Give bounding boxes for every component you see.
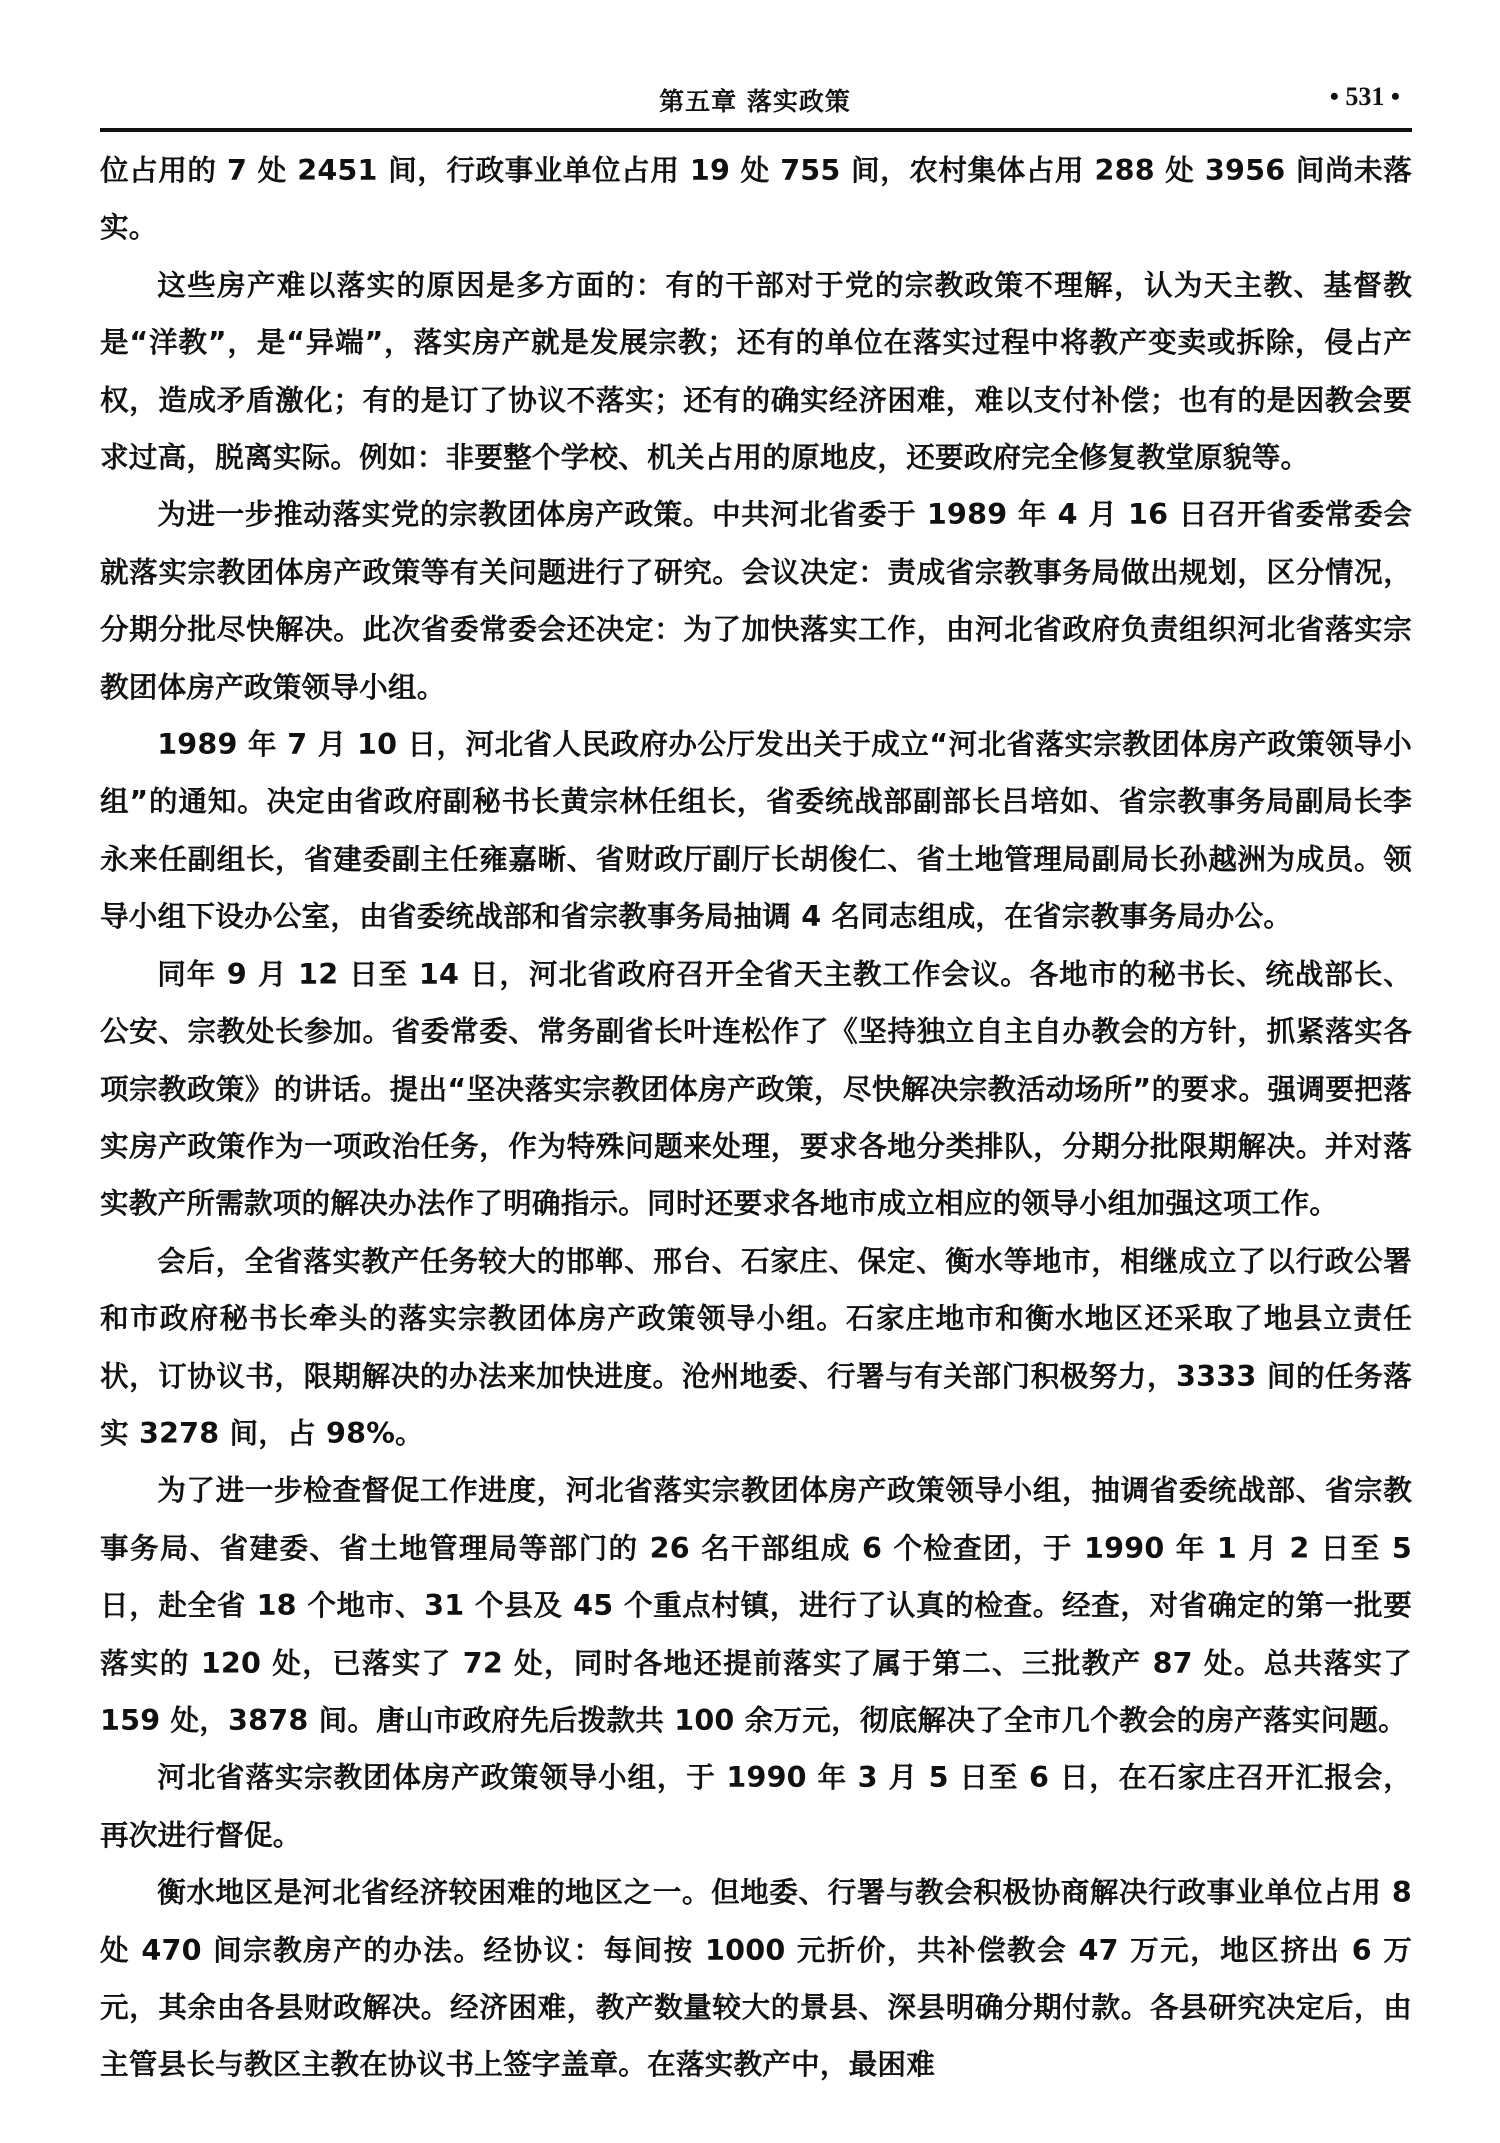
paragraph: 1989 年 7 月 10 日，河北省人民政府办公厅发出关于成立“河北省落实宗教…: [100, 716, 1412, 946]
paragraph: 会后，全省落实教产任务较大的邯郸、邢台、石家庄、保定、衡水等地市，相继成立了以行…: [100, 1233, 1412, 1463]
page-number: • 531 •: [1330, 82, 1400, 112]
chapter-title: 第五章 落实政策: [100, 82, 1410, 118]
paragraph: 位占用的 7 处 2451 间，行政事业单位占用 19 处 755 间，农村集体…: [100, 142, 1412, 257]
paragraph: 衡水地区是河北省经济较困难的地区之一。但地委、行署与教会积极协商解决行政事业单位…: [100, 1864, 1412, 2094]
paragraph: 河北省落实宗教团体房产政策领导小组，于 1990 年 3 月 5 日至 6 日，…: [100, 1749, 1412, 1864]
header-rule: [100, 128, 1412, 132]
paragraph: 这些房产难以落实的原因是多方面的：有的干部对于党的宗教政策不理解，认为天主教、基…: [100, 257, 1412, 487]
paragraph: 同年 9 月 12 日至 14 日，河北省政府召开全省天主教工作会议。各地市的秘…: [100, 946, 1412, 1233]
paragraph: 为进一步推动落实党的宗教团体房产政策。中共河北省委于 1989 年 4 月 16…: [100, 486, 1412, 716]
page-header: 第五章 落实政策 • 531 •: [100, 80, 1410, 126]
body-text: 位占用的 7 处 2451 间，行政事业单位占用 19 处 755 间，农村集体…: [100, 142, 1412, 2094]
paragraph: 为了进一步检查督促工作进度，河北省落实宗教团体房产政策领导小组，抽调省委统战部、…: [100, 1462, 1412, 1749]
